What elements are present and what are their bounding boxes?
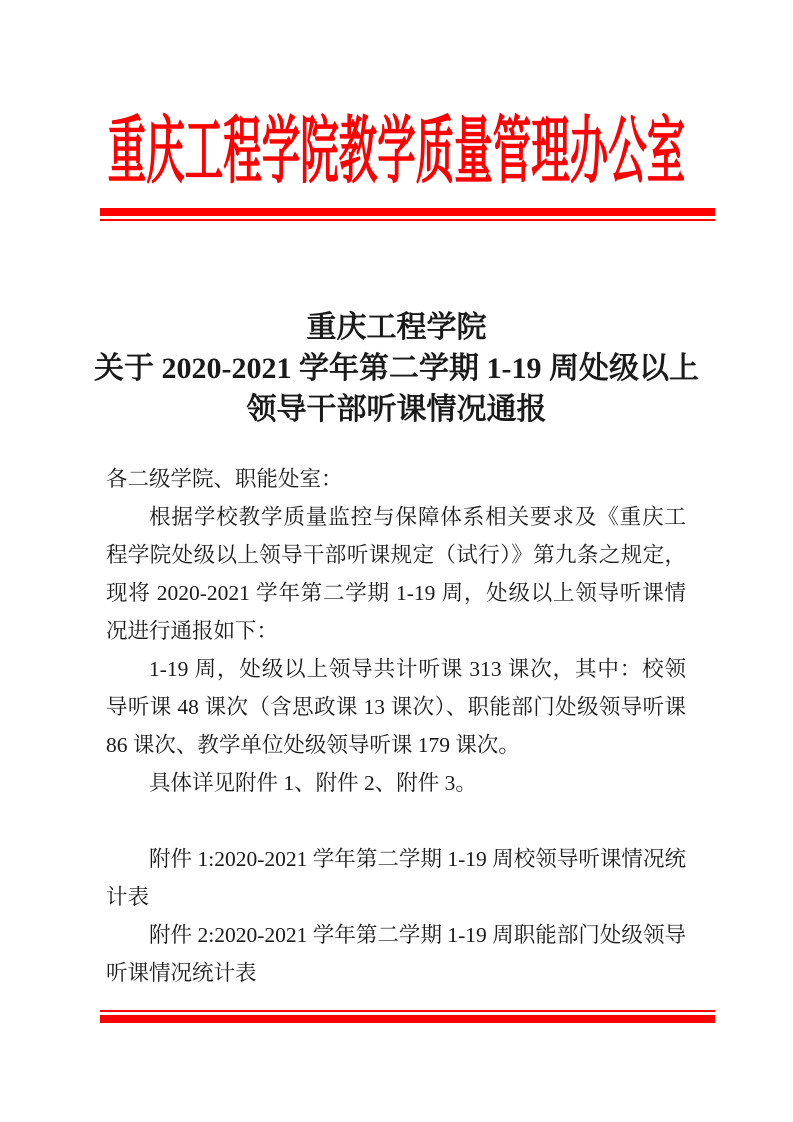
document-title-line-2: 关于 2020-2021 学年第二学期 1-19 周处级以上: [56, 348, 737, 389]
footer-separator-bottom: [100, 1010, 715, 1023]
document-body: 各二级学院、职能处室： 根据学校教学质量监控与保障体系相关要求及《重庆工程学院处…: [106, 460, 686, 992]
attachment-1: 附件 1:2020-2021 学年第二学期 1-19 周校领导听课情况统计表: [106, 840, 686, 916]
salutation: 各二级学院、职能处室：: [106, 460, 686, 498]
paragraph-basis: 根据学校教学质量监控与保障体系相关要求及《重庆工程学院处级以上领导干部听课规定（…: [106, 498, 686, 650]
document-title-line-3: 领导干部听课情况通报: [56, 389, 737, 430]
official-document-page: 重庆工程学院教学质量管理办公室 重庆工程学院 关于 2020-2021 学年第二…: [0, 0, 793, 1122]
document-title-line-1: 重庆工程学院: [56, 307, 737, 348]
separator-thick-line: [100, 208, 715, 216]
attachment-2: 附件 2:2020-2021 学年第二学期 1-19 周职能部门处级领导听课情况…: [106, 916, 686, 992]
paragraph-see-attachments: 具体详见附件 1、附件 2、附件 3。: [106, 764, 686, 802]
separator-thick-line: [100, 1015, 715, 1023]
paragraph-statistics: 1-19 周，处级以上领导共计听课 313 课次，其中：校领导听课 48 课次（…: [106, 650, 686, 764]
letterhead: 重庆工程学院教学质量管理办公室: [0, 117, 793, 156]
letterhead-separator-top: [100, 208, 715, 221]
document-title: 重庆工程学院 关于 2020-2021 学年第二学期 1-19 周处级以上 领导…: [56, 307, 737, 430]
letterhead-org-name: 重庆工程学院教学质量管理办公室: [108, 117, 686, 190]
separator-thin-line: [100, 219, 715, 221]
